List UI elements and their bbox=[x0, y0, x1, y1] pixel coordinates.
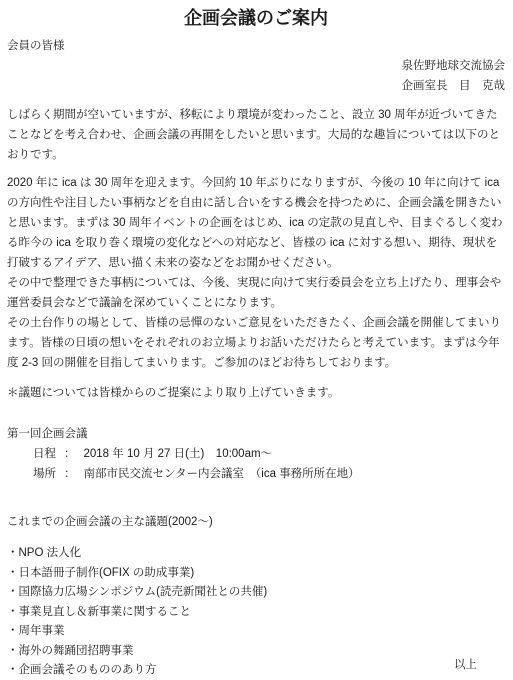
body-paragraphs: 2020 年に ica は 30 周年を迎えます。今回約 10 年ぶりになります… bbox=[7, 173, 505, 373]
closing-text: 以上 bbox=[454, 658, 477, 672]
intro-paragraph: しばらく期間が空いていますが、移転により環境が変わったこと、設立 30 周年が近… bbox=[7, 105, 505, 165]
meeting-place-value: 南部市民交流センター内会議室 （ica 事務所所在地） bbox=[84, 468, 360, 480]
list-item: ・企画会議そのもののあり方 bbox=[7, 661, 505, 680]
meeting-place-label: 場所 bbox=[33, 468, 56, 480]
list-item-text: 企画会議そのもののあり方 bbox=[19, 664, 157, 676]
body-paragraph: その土台作りの場として、皆様の忌憚のないご意見をいただきたく、企画会議を開催して… bbox=[7, 313, 505, 373]
meeting-place-row: 場所：南部市民交流センター内会議室 （ica 事務所所在地） bbox=[7, 464, 505, 484]
agenda-note: ＊議題については皆様からのご提案により取り上げていきます。 bbox=[7, 383, 505, 403]
meeting-date-value: 2018 年 10 月 27 日(土) 10:00am～ bbox=[84, 448, 273, 460]
separator-colon: ： bbox=[64, 448, 76, 460]
meeting-date-row: 日程：2018 年 10 月 27 日(土) 10:00am～ bbox=[7, 444, 505, 464]
list-item-text: 日本語冊子制作(OFIX の助成事業) bbox=[19, 567, 195, 579]
separator-colon: ： bbox=[64, 468, 76, 480]
sender-block: 泉佐野地球交流協会 企画室長 目 克哉 bbox=[7, 56, 505, 96]
list-item-text: NPO 法人化 bbox=[19, 547, 82, 559]
meeting-date-label: 日程 bbox=[33, 448, 56, 460]
topics-heading: これまでの企画会議の主な議題(2002～) bbox=[7, 512, 505, 532]
salutation-text: 会員の皆様 bbox=[7, 36, 505, 56]
list-item: ・周年事業 bbox=[7, 622, 505, 642]
list-item: ・NPO 法人化 bbox=[7, 544, 505, 564]
list-item-text: 事業見直し＆新事業に関すること bbox=[19, 606, 192, 618]
bullet-dot: ・ bbox=[7, 547, 19, 559]
bullet-dot: ・ bbox=[7, 606, 19, 618]
bullet-dot: ・ bbox=[7, 625, 19, 637]
body-paragraph: 2020 年に ica は 30 周年を迎えます。今回約 10 年ぶりになります… bbox=[7, 173, 505, 273]
list-item: ・国際協力広場シンポジウム(読売新聞社との共催) bbox=[7, 583, 505, 603]
bullet-dot: ・ bbox=[7, 586, 19, 598]
bullet-dot: ・ bbox=[7, 645, 19, 657]
list-item: ・日本語冊子制作(OFIX の助成事業) bbox=[7, 564, 505, 584]
bullet-dot: ・ bbox=[7, 664, 19, 676]
bullet-dot: ・ bbox=[7, 567, 19, 579]
list-item: ・海外の舞踊団招聘事業 bbox=[7, 642, 505, 662]
list-item-text: 海外の舞踊団招聘事業 bbox=[19, 645, 134, 657]
list-item-text: 周年事業 bbox=[19, 625, 65, 637]
meeting-heading: 第一回企画会議 bbox=[7, 424, 505, 444]
page-title: 企画会議のご案内 bbox=[7, 6, 505, 30]
first-meeting-section: 第一回企画会議 日程：2018 年 10 月 27 日(土) 10:00am～ … bbox=[7, 424, 505, 484]
list-item: ・事業見直し＆新事業に関すること bbox=[7, 603, 505, 623]
list-item-text: 国際協力広場シンポジウム(読売新聞社との共催) bbox=[19, 586, 268, 598]
sender-organization: 泉佐野地球交流協会 bbox=[7, 56, 505, 76]
topics-list: ・NPO 法人化 ・日本語冊子制作(OFIX の助成事業) ・国際協力広場シンポ… bbox=[7, 544, 505, 680]
sender-signature: 企画室長 目 克哉 bbox=[7, 76, 505, 96]
document-page: 企画会議のご案内 会員の皆様 泉佐野地球交流協会 企画室長 目 克哉 しばらく期… bbox=[0, 0, 513, 680]
body-paragraph: その中で整理できた事柄については、今後、実現に向けて実行委員会を立ち上げたり、理… bbox=[7, 273, 505, 313]
